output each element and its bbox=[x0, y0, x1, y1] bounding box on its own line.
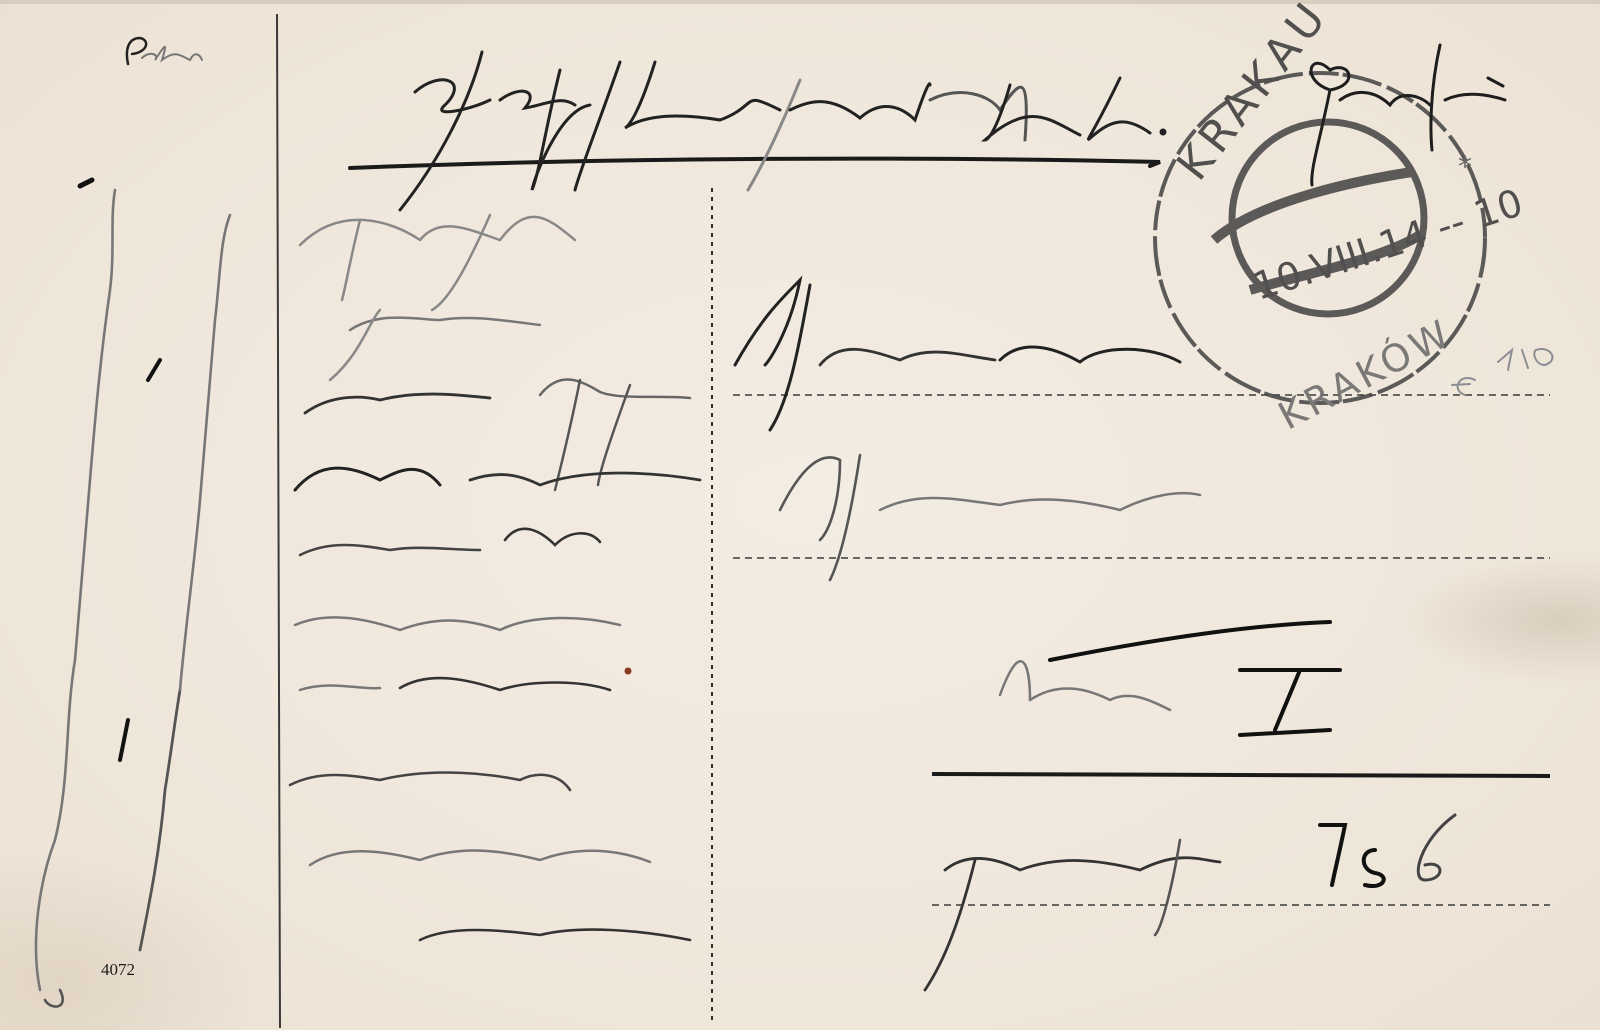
handwriting-message bbox=[290, 215, 700, 940]
sender-divider-line bbox=[277, 14, 280, 1028]
pencil-notes bbox=[127, 38, 1553, 395]
svg-text:KRAKÓW: KRAKÓW bbox=[1271, 310, 1460, 438]
postcard: 10.VIII.14 -- 10 KRAKAU KRAKÓW * bbox=[0, 0, 1600, 1030]
handwriting-sender bbox=[36, 180, 230, 1007]
heading-underline bbox=[350, 159, 1160, 168]
svg-text:*: * bbox=[1458, 150, 1472, 183]
card-print-number: 4072 bbox=[101, 960, 135, 980]
postcard-graphics: 10.VIII.14 -- 10 KRAKAU KRAKÓW * bbox=[0, 0, 1600, 1030]
postmark-stamp: 10.VIII.14 -- 10 KRAKAU KRAKÓW * bbox=[1155, 0, 1528, 438]
address-line-3-solid bbox=[932, 774, 1550, 776]
handwriting-heading bbox=[400, 52, 1165, 210]
